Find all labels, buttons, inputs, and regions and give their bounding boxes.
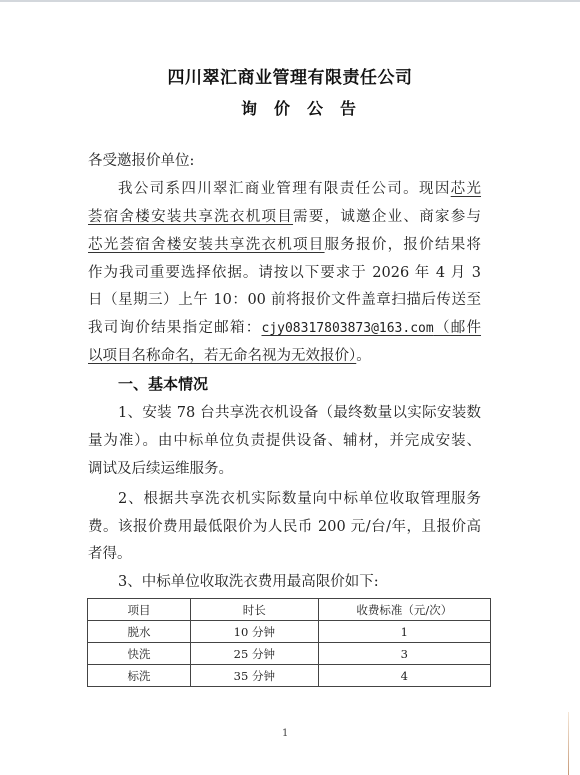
project-name-underlined: 芯光	[451, 181, 481, 197]
page-number: 1	[282, 728, 288, 739]
project-name-underlined: 芯光荟宿舍楼安装共享洗衣机项目	[88, 237, 325, 253]
intro-line-3: 芯光荟宿舍楼安装共享洗衣机项目服务报价，报价结果将	[88, 234, 481, 256]
table-cell: 标洗	[88, 665, 191, 687]
item2-line-3: 者得。	[88, 543, 481, 565]
table-row: 脱水 10 分钟 1	[88, 621, 491, 643]
intro-line-1: 我公司系四川翠汇商业管理有限责任公司。现因芯光	[118, 178, 481, 200]
table-cell: 1	[318, 621, 490, 643]
item1-line-1: 1、安装 78 台共享洗衣机设备（最终数量以实际安装数	[118, 402, 481, 424]
intro-line-6: 我司询价结果指定邮箱：cjy08317803873@163.com（邮件	[88, 317, 481, 339]
section-heading-basic-info: 一、基本情况	[118, 373, 208, 395]
item1-line-2: 量为准）。由中标单位负责提供设备、辅材，并完成安装、	[88, 430, 481, 452]
item1-line-3: 调试及后续运维服务。	[88, 458, 481, 480]
intro-text: 。	[356, 348, 371, 364]
project-name-underlined: 荟宿舍楼安装共享洗衣机项目	[88, 209, 293, 225]
intro-text: 需要，诚邀企业、商家参与	[293, 209, 481, 225]
item3-line-1: 3、中标单位收取洗衣费用最高限价如下:	[118, 571, 481, 593]
intro-line-2: 荟宿舍楼安装共享洗衣机项目需要，诚邀企业、商家参与	[88, 206, 481, 228]
intro-line-5: 日（星期三）上午 10：00 前将报价文件盖章扫描后传送至	[88, 289, 481, 311]
salutation: 各受邀报价单位:	[88, 150, 481, 172]
fee-table: 项目 时长 收费标准（元/次） 脱水 10 分钟 1 快洗 25 分钟 3 标洗…	[87, 598, 491, 687]
table-cell: 快洗	[88, 643, 191, 665]
table-header-row: 项目 时长 收费标准（元/次）	[88, 599, 491, 621]
table-cell: 3	[318, 643, 490, 665]
table-row: 标洗 35 分钟 4	[88, 665, 491, 687]
table-header: 收费标准（元/次）	[318, 599, 490, 621]
email-note-underlined: 以项目名称命名，若无命名视为无效报价）	[88, 348, 356, 364]
email-link[interactable]: cjy08317803873@163.com	[262, 321, 434, 336]
intro-text: 我司询价结果指定邮箱：	[88, 320, 262, 336]
scan-edge-artifact	[568, 712, 569, 775]
table-cell: 4	[318, 665, 490, 687]
table-row: 快洗 25 分钟 3	[88, 643, 491, 665]
intro-line-7: 以项目名称命名，若无命名视为无效报价）。	[88, 345, 481, 367]
table-cell: 脱水	[88, 621, 191, 643]
scan-top-edge	[0, 0, 580, 2]
table-cell: 10 分钟	[190, 621, 318, 643]
email-note-underlined: （邮件	[434, 320, 481, 336]
notice-title: 询价公告	[0, 96, 580, 119]
table-cell: 25 分钟	[190, 643, 318, 665]
intro-line-4: 作为我司重要选择依据。请按以下要求于 2026 年 4 月 3	[88, 262, 481, 284]
item2-line-2: 费。该报价费用最低限价为人民币 200 元/台/年，且报价高	[88, 516, 481, 538]
intro-text: 服务报价，报价结果将	[325, 237, 481, 253]
intro-text: 我公司系四川翠汇商业管理有限责任公司。现因	[118, 181, 451, 197]
table-header: 项目	[88, 599, 191, 621]
table-header: 时长	[190, 599, 318, 621]
company-title: 四川翠汇商业管理有限责任公司	[0, 63, 580, 88]
table-cell: 35 分钟	[190, 665, 318, 687]
item2-line-1: 2、根据共享洗衣机实际数量向中标单位收取管理服务	[118, 488, 481, 510]
